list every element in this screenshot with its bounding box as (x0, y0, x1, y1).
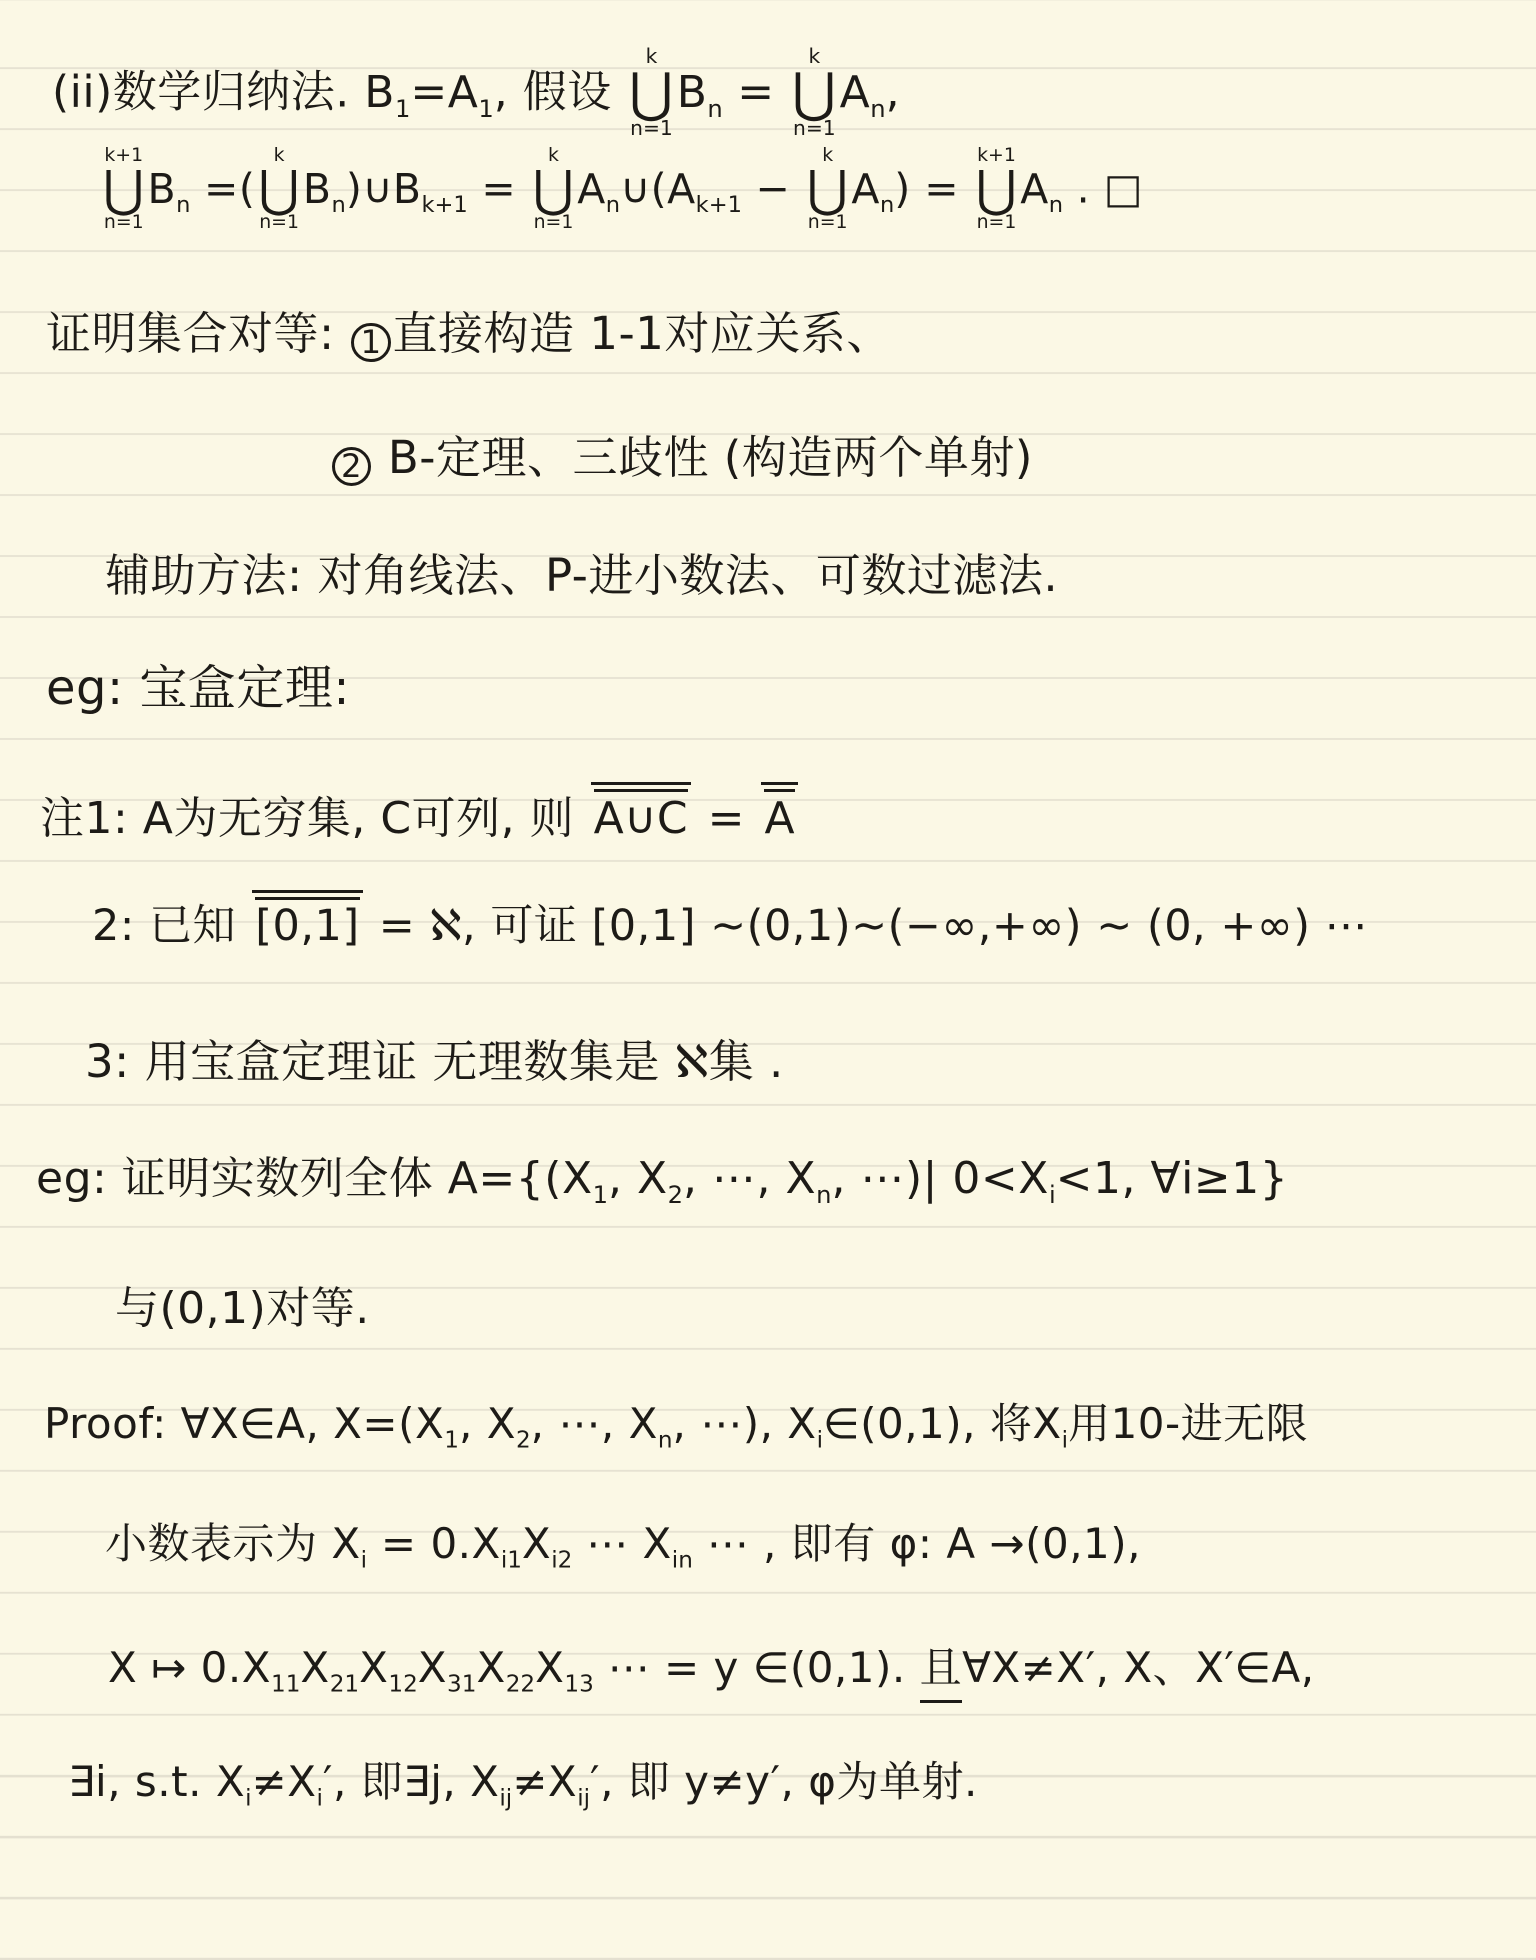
variable-subscript: 1 (444, 1427, 459, 1453)
variable-base: X (787, 1399, 816, 1448)
subscripted-variable: An (1020, 159, 1063, 223)
text-segment: ∪( (620, 165, 667, 213)
subscripted-variable: X22 (476, 1636, 535, 1702)
text-segment: 注1: A为无穷集, C可列, 则 (40, 793, 589, 844)
text-segment: ∃i, s.t. (68, 1757, 216, 1806)
union-symbol: ⋃ (258, 166, 300, 214)
variable-base: X (785, 1153, 816, 1204)
text-segment: 直接构造 1-1对应关系、 (393, 307, 892, 360)
subscripted-variable: A1 (448, 60, 494, 127)
variable-subscript: n (870, 95, 885, 123)
union-symbol: ⋃ (103, 166, 145, 214)
variable-base: X (637, 1153, 668, 1204)
variable-base: X (1032, 1399, 1061, 1448)
variable-subscript: 12 (388, 1671, 417, 1697)
variable-base: A (667, 165, 696, 213)
union-symbol: ⋃ (629, 67, 674, 118)
double-overline-inner: [0,1] (255, 897, 359, 951)
subscripted-variable: X12 (359, 1636, 418, 1702)
variable-base: X (415, 1399, 444, 1448)
line-note-2: 2: 已知 [0,1] = ℵ, 可证 [0,1] ∼(0,1)∼(−∞,+∞)… (92, 890, 1368, 959)
text-segment: (ii)数学归纳法. (52, 67, 364, 118)
text-segment: − (742, 165, 804, 213)
subscripted-variable: Bn (303, 159, 346, 223)
double-overline-inner: A (764, 789, 795, 845)
subscripted-variable: X1 (562, 1146, 608, 1213)
subscripted-variable: An (840, 60, 886, 127)
text-segment: X ↦ 0. (108, 1643, 242, 1692)
underlined-text: 且 (920, 1636, 963, 1703)
line-equipollent: 与(0,1)对等. (115, 1276, 370, 1342)
text-segment: ⋯ , 即有 φ: A →(0,1), (693, 1519, 1141, 1568)
line-auxiliary-methods: 辅助方法: 对角线法、P-进小数法、可数过滤法. (105, 542, 1058, 610)
text-segment: = (693, 793, 759, 844)
variable-base: X (470, 1757, 499, 1806)
variable-subscript: n (880, 192, 894, 218)
variable-subscript: 21 (330, 1671, 359, 1697)
text-segment: 用10-进无限 (1068, 1399, 1308, 1448)
text-segment: , ⋯)| 0< (831, 1153, 1018, 1204)
variable-subscript: 2 (516, 1427, 531, 1453)
variable-base: A (577, 165, 606, 213)
variable-base: X (359, 1643, 388, 1692)
text-segment: 3: 用宝盒定理证 无理数集是 ℵ集 . (85, 1035, 784, 1088)
text-segment: ∈(0,1), 将 (823, 1399, 1032, 1448)
variable-base: X (1018, 1153, 1049, 1204)
variable-subscript: i1 (501, 1547, 522, 1573)
text-segment: =( (190, 165, 255, 213)
variable-subscript: in (672, 1547, 693, 1573)
line-eg-sequence-set: eg: 证明实数列全体 A={(X1, X2, ⋯, Xn, ⋯)| 0<Xi<… (36, 1146, 1288, 1213)
variable-subscript: 1 (593, 1181, 608, 1209)
subscripted-variable: B1 (364, 60, 410, 127)
union-lower-limit: n=1 (259, 213, 299, 233)
subscripted-variable: X2 (487, 1392, 531, 1458)
subscripted-variable: Xij (548, 1750, 590, 1816)
variable-base: A (840, 67, 871, 118)
text-segment: , (886, 67, 901, 118)
line-interleaving-map: X ↦ 0.X11X21X12X31X22X13 ⋯ = y ∈(0,1). 且… (108, 1636, 1315, 1703)
text-segment: ∀X≠X′, X、X′∈A, (962, 1643, 1314, 1692)
text-segment: 与(0,1)对等. (115, 1283, 370, 1334)
big-union-operator: k+1⋃n=1 (976, 146, 1018, 233)
text-segment: , ⋯), (673, 1399, 788, 1448)
variable-subscript: k+1 (696, 192, 742, 218)
subscripted-variable: Bn (677, 60, 723, 127)
line-injectivity: ∃i, s.t. Xi≠Xi′, 即∃j, Xij≠Xij′, 即 y≠y′, … (68, 1750, 978, 1816)
variable-subscript: 13 (564, 1671, 593, 1697)
text-segment: ≠ (512, 1757, 548, 1806)
variable-base: X (629, 1399, 658, 1448)
text-segment: ⋯ = y ∈(0,1). (594, 1643, 920, 1692)
subscripted-variable: Xi (331, 1512, 367, 1578)
variable-base: X (287, 1757, 316, 1806)
text-segment: = 0. (367, 1519, 471, 1568)
variable-subscript: 11 (271, 1671, 300, 1697)
subscripted-variable: X21 (300, 1636, 359, 1702)
subscripted-variable: Ak+1 (667, 159, 742, 223)
variable-base: A (851, 165, 880, 213)
text-segment: = (410, 67, 447, 118)
big-union-operator: k⋃n=1 (629, 46, 674, 139)
union-lower-limit: n=1 (793, 118, 836, 139)
subscripted-variable: Bk+1 (393, 159, 468, 223)
subscripted-variable: Xi (216, 1750, 252, 1816)
variable-subscript: i (1049, 1181, 1056, 1209)
text-segment: = (468, 165, 530, 213)
big-union-operator: k⋃n=1 (533, 146, 575, 233)
variable-base: X (418, 1643, 447, 1692)
text-segment: ≠ (252, 1757, 288, 1806)
subscripted-variable: Xn (629, 1392, 673, 1458)
big-union-operator: k⋃n=1 (792, 46, 837, 139)
variable-subscript: n (707, 95, 722, 123)
variable-subscript: 1 (478, 95, 493, 123)
double-overline: A (761, 782, 798, 845)
line-note-3: 3: 用宝盒定理证 无理数集是 ℵ集 . (85, 1028, 784, 1096)
text-segment: . □ (1063, 165, 1143, 213)
text-segment: )∪ (346, 165, 393, 213)
subscripted-variable: X13 (535, 1636, 594, 1702)
text-segment: ′, 即 y≠y′, φ为单射. (590, 1757, 978, 1806)
circled-number: 2 (332, 447, 371, 486)
union-symbol: ⋃ (976, 166, 1018, 214)
line-bijection-methods: 证明集合对等: 1直接构造 1-1对应关系、 (46, 300, 892, 368)
union-lower-limit: n=1 (534, 213, 574, 233)
line-method-2: 2 B-定理、三歧性 (构造两个单射) (330, 424, 1033, 492)
subscripted-variable: Xi (287, 1750, 323, 1816)
text-segment: Proof: ∀X∈A, X=( (44, 1399, 415, 1448)
line-induction-step: k+1⋃n=1Bn =(k⋃n=1Bn)∪Bk+1 = k⋃n=1An∪(Ak+… (100, 148, 1143, 235)
variable-base: B (393, 165, 422, 213)
variable-subscript: ij (499, 1785, 512, 1811)
text-segment: , 假设 (494, 67, 626, 118)
subscripted-variable: Xn (785, 1146, 831, 1213)
variable-subscript: 22 (506, 1671, 535, 1697)
text-segment: B-定理、三歧性 (构造两个单射) (373, 431, 1033, 484)
subscripted-variable: Xi (1032, 1392, 1068, 1458)
subscripted-variable: Xi (1018, 1146, 1055, 1213)
line-induction-hypothesis: (ii)数学归纳法. B1=A1, 假设 k⋃n=1Bn = k⋃n=1An, (52, 48, 900, 141)
variable-base: B (303, 165, 332, 213)
variable-subscript: n (1049, 192, 1063, 218)
union-symbol: ⋃ (533, 166, 575, 214)
variable-base: X (562, 1153, 593, 1204)
variable-base: X (216, 1757, 245, 1806)
subscripted-variable: An (851, 159, 894, 223)
subscripted-variable: X31 (418, 1636, 477, 1702)
variable-base: X (643, 1519, 672, 1568)
variable-base: X (535, 1643, 564, 1692)
variable-subscript: k+1 (421, 192, 467, 218)
variable-subscript: n (332, 192, 346, 218)
text-segment: , (608, 1153, 637, 1204)
union-symbol: ⋃ (807, 166, 849, 214)
big-union-operator: k+1⋃n=1 (103, 146, 145, 233)
subscripted-variable: X11 (242, 1636, 301, 1702)
variable-base: X (300, 1643, 329, 1692)
line-eg-box-theorem: eg: 宝盒定理: (46, 652, 350, 724)
variable-base: A (1020, 165, 1049, 213)
variable-subscript: i2 (551, 1547, 572, 1573)
variable-base: X (548, 1757, 577, 1806)
line-proof-start: Proof: ∀X∈A, X=(X1, X2, ⋯, Xn, ⋯), Xi∈(0… (44, 1392, 1308, 1458)
text-segment: ) = (894, 165, 972, 213)
union-lower-limit: n=1 (977, 213, 1017, 233)
subscripted-variable: Bn (148, 159, 191, 223)
text-segment: ′, 即∃j, (323, 1757, 470, 1806)
variable-subscript: 31 (447, 1671, 476, 1697)
variable-subscript: n (606, 192, 620, 218)
union-symbol: ⋃ (792, 67, 837, 118)
variable-subscript: n (658, 1427, 673, 1453)
text-segment: = ℵ, 可证 [0,1] ∼(0,1)∼(−∞,+∞) ∼ (0, +∞) ⋯ (365, 901, 1369, 951)
text-segment: = (723, 67, 789, 118)
subscripted-variable: Xi1 (472, 1512, 522, 1578)
big-union-operator: k⋃n=1 (807, 146, 849, 233)
text-segment: eg: 证明实数列全体 A={( (36, 1153, 562, 1204)
variable-subscript: 2 (668, 1181, 683, 1209)
text-segment: 2: 已知 (92, 901, 250, 951)
variable-subscript: n (816, 1181, 831, 1209)
notebook-page: (ii)数学归纳法. B1=A1, 假设 k⋃n=1Bn = k⋃n=1An,k… (0, 0, 1536, 1960)
subscripted-variable: An (577, 159, 620, 223)
line-decimal-expansion: 小数表示为 Xi = 0.Xi1Xi2 ⋯ Xin ⋯ , 即有 φ: A →(… (105, 1512, 1141, 1578)
variable-base: B (364, 67, 395, 118)
text-segment: eg: 宝盒定理: (46, 660, 350, 716)
variable-base: B (677, 67, 708, 118)
circled-number: 1 (351, 323, 390, 362)
variable-base: X (472, 1519, 501, 1568)
text-segment: <1, ∀i≥1} (1056, 1153, 1289, 1204)
subscripted-variable: X2 (637, 1146, 683, 1213)
subscripted-variable: Xi2 (522, 1512, 572, 1578)
double-overline: A∪C (591, 782, 692, 845)
big-union-operator: k⋃n=1 (258, 146, 300, 233)
variable-base: A (448, 67, 479, 118)
variable-base: X (331, 1519, 360, 1568)
subscripted-variable: Xi (787, 1392, 823, 1458)
variable-base: X (522, 1519, 551, 1568)
variable-subscript: ij (577, 1785, 590, 1811)
text-segment: 证明集合对等: (46, 307, 349, 360)
double-overline-inner: A∪C (594, 789, 689, 845)
variable-base: X (242, 1643, 271, 1692)
text-segment: , ⋯, (531, 1399, 629, 1448)
text-segment: 小数表示为 (105, 1519, 331, 1568)
text-segment: ⋯ (572, 1519, 642, 1568)
variable-subscript: 1 (395, 95, 410, 123)
text-segment: 辅助方法: 对角线法、P-进小数法、可数过滤法. (105, 549, 1058, 602)
variable-base: B (148, 165, 177, 213)
text-segment: , ⋯, (683, 1153, 785, 1204)
union-lower-limit: n=1 (808, 213, 848, 233)
union-lower-limit: n=1 (104, 213, 144, 233)
subscripted-variable: Xin (643, 1512, 693, 1578)
variable-base: X (476, 1643, 505, 1692)
text-segment: , (459, 1399, 487, 1448)
subscripted-variable: X1 (415, 1392, 459, 1458)
subscripted-variable: Xij (470, 1750, 512, 1816)
variable-base: X (487, 1399, 516, 1448)
variable-subscript: n (176, 192, 190, 218)
line-note-1: 注1: A为无穷集, C可列, 则 A∪C = A (40, 782, 800, 852)
double-overline: [0,1] (252, 890, 362, 951)
union-lower-limit: n=1 (630, 118, 673, 139)
